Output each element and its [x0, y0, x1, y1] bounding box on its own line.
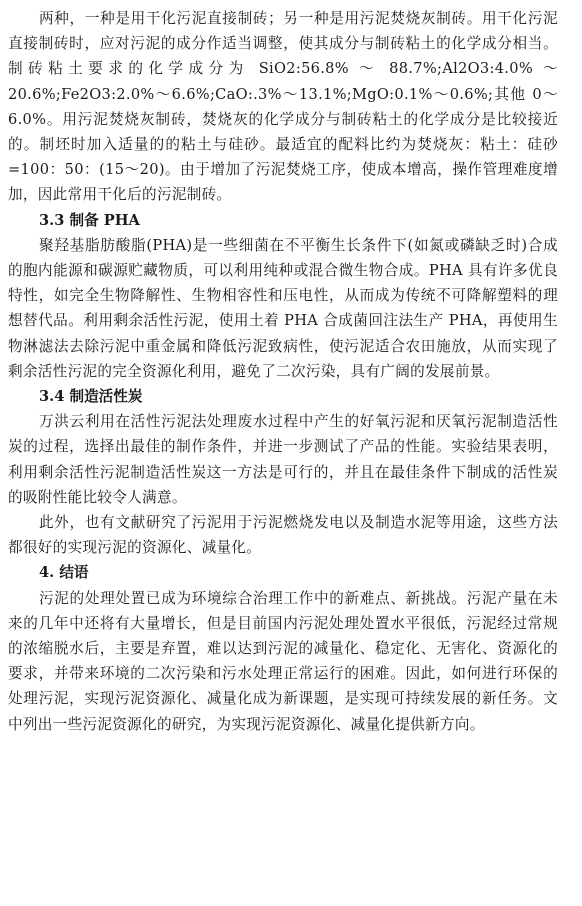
section-heading-3-4: 3.4 制造活性炭: [8, 384, 558, 409]
paragraph-other-uses: 此外，也有文献研究了污泥用于污泥燃烧发电以及制造水泥等用途，这些方法都很好的实现…: [8, 510, 558, 560]
paragraph-pha: 聚羟基脂肪酸脂(PHA)是一些细菌在不平衡生长条件下(如氮或磷缺乏时)合成的胞内…: [8, 233, 558, 384]
section-heading-4-conclusion: 4. 结语: [8, 560, 558, 585]
paragraph-activated-carbon: 万洪云利用在活性污泥法处理废水过程中产生的好氧污泥和厌氧污泥制造活性炭的过程，选…: [8, 409, 558, 510]
section-heading-3-3: 3.3 制备 PHA: [8, 208, 558, 233]
paragraph-brick-making: 两种，一种是用干化污泥直接制砖；另一种是用污泥焚烧灰制砖。用干化污泥直接制砖时，…: [8, 6, 558, 208]
document-page: 两种，一种是用干化污泥直接制砖；另一种是用污泥焚烧灰制砖。用干化污泥直接制砖时，…: [8, 6, 558, 737]
paragraph-conclusion: 污泥的处理处置已成为环境综合治理工作中的新难点、新挑战。污泥产量在未来的几年中还…: [8, 586, 558, 737]
